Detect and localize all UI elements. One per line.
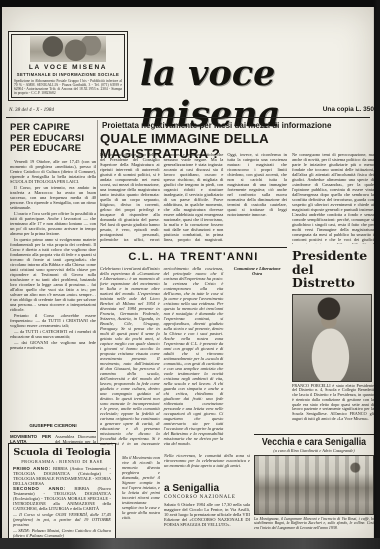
vecchia-photo-caption: La Montignana, il Lungomare Marconi e l'…	[254, 517, 374, 530]
left-headline-line-1: PER CAPIRE	[10, 123, 98, 134]
franco-porcelli-photo	[292, 294, 372, 382]
teologia-note: — Il Corso si svolge OGNI VENERDÌ, dalle…	[13, 512, 111, 527]
left-article-paragraph: — da TUTTI i CATECHISTI ed i membri di e…	[10, 329, 96, 339]
scan-bottom-edge	[0, 538, 380, 549]
presidente-headline: Presidente del Distretto	[292, 249, 374, 290]
masthead-box-info: Spedizione in Abbonamento Postale Gruppo…	[14, 79, 122, 95]
vecchia-byline: (a cura di Rino Giardinetti e Adrio Casa…	[254, 448, 374, 453]
left-article-paragraph: — dai GIOVANI che vogliono una fede pens…	[10, 340, 96, 350]
left-article-paragraph: Venerdì 19 Ottobre, alle ore 17,45 (con …	[10, 159, 96, 184]
vecchia-headline: Vecchia e cara Senigallia	[254, 436, 374, 448]
left-article-paragraph: Il Corso, per un triennio, era andato in…	[10, 185, 96, 210]
newspaper-page: LA VOCE MISENA SETTIMANALE DI INFORMAZIO…	[2, 7, 374, 543]
cl-article: C.L. HA TRENT'ANNI Celebriamo i trent'an…	[100, 247, 287, 448]
left-article-headline: PER CAPIRE PER EDUCARSI PER EDUCARE	[10, 123, 98, 155]
presidente-section: Presidente del Distretto FRANCO PORCELLI…	[292, 249, 374, 422]
main-article-kicker: Proiettata negativamente per mesi dai me…	[102, 121, 374, 130]
copy-price-label: Una copia L. 350	[254, 106, 374, 113]
left-article-paragraph: L'orario e l'ora scelti per offrire la p…	[10, 211, 96, 236]
cl-article-continuation-left: Ma il Movimento non vive di ricordi: la …	[122, 455, 160, 545]
column-divider-rule	[97, 120, 98, 445]
cl-article-signature: Comunione e Liberazione Ostra	[227, 266, 287, 276]
cl-article-body: Celebriamo i trent'anni dall'inizio dell…	[100, 266, 287, 448]
teologia-box: Scuola di Teologia PROGRAMMA : BIENNIO D…	[8, 443, 116, 545]
header-rule	[6, 117, 370, 118]
masthead-sketch-image	[30, 36, 106, 62]
scan-right-edge	[373, 0, 380, 549]
masthead-box-title: LA VOCE MISENA	[14, 64, 122, 71]
teologia-title: Scuola di Teologia	[13, 447, 111, 458]
cl-article-continuation-mid: Nella ricorrenza, le comunità della zona…	[164, 453, 250, 481]
issue-number-label: N. 38 del 4 - X - 1984	[9, 107, 54, 113]
presidente-caption: FRANCO PORCELLI è stato eletto President…	[292, 384, 374, 422]
cl-article-headline: C.L. HA TRENT'ANNI	[100, 251, 287, 263]
left-article-paragraph: Pertanto il Corso «dovrebbe essere frequ…	[10, 313, 96, 328]
author-signature: GIUSEPPE CICERONI	[10, 423, 96, 428]
cl-signature-line-2: Ostra	[227, 271, 287, 276]
teologia-note: — SEDE: Palazzo Mastai, Centro Cattolico…	[13, 528, 111, 538]
senigallia-body: Sabato 6 Ottobre 1984 alle ore 17,30 nel…	[164, 502, 250, 527]
main-article-columns: Dal discorso di fine anno dell'83 del Pr…	[100, 152, 287, 245]
teologia-subtitle: PROGRAMMA : BIENNIO DI BASE	[13, 459, 111, 464]
masthead-box-subtitle: SETTIMANALE DI INFORMAZIONE SOCIALE	[14, 72, 122, 77]
vecchia-senigallia-section: Vecchia e cara Senigallia (a cura di Rin…	[254, 434, 374, 530]
old-senigallia-photo	[254, 455, 374, 515]
senigallia-subhead: CONCORSO NAZIONALE	[164, 495, 250, 500]
main-article-right-column: Ne conseguono temi di preoccupazione, ma…	[292, 152, 374, 244]
left-article-body: Venerdì 19 Ottobre, alle ore 17,45 (con …	[10, 159, 96, 421]
masthead-info-box: LA VOCE MISENA SETTIMANALE DI INFORMAZIO…	[8, 31, 128, 101]
left-headline-line-3: PER EDUCARE	[10, 144, 98, 155]
left-article-paragraph: In questo primo anno si svolgeranno mate…	[10, 237, 96, 312]
cl-article-text: Celebriamo i trent'anni dall'inizio dell…	[100, 266, 223, 446]
senigallia-headline: a Senigallia	[164, 483, 250, 494]
